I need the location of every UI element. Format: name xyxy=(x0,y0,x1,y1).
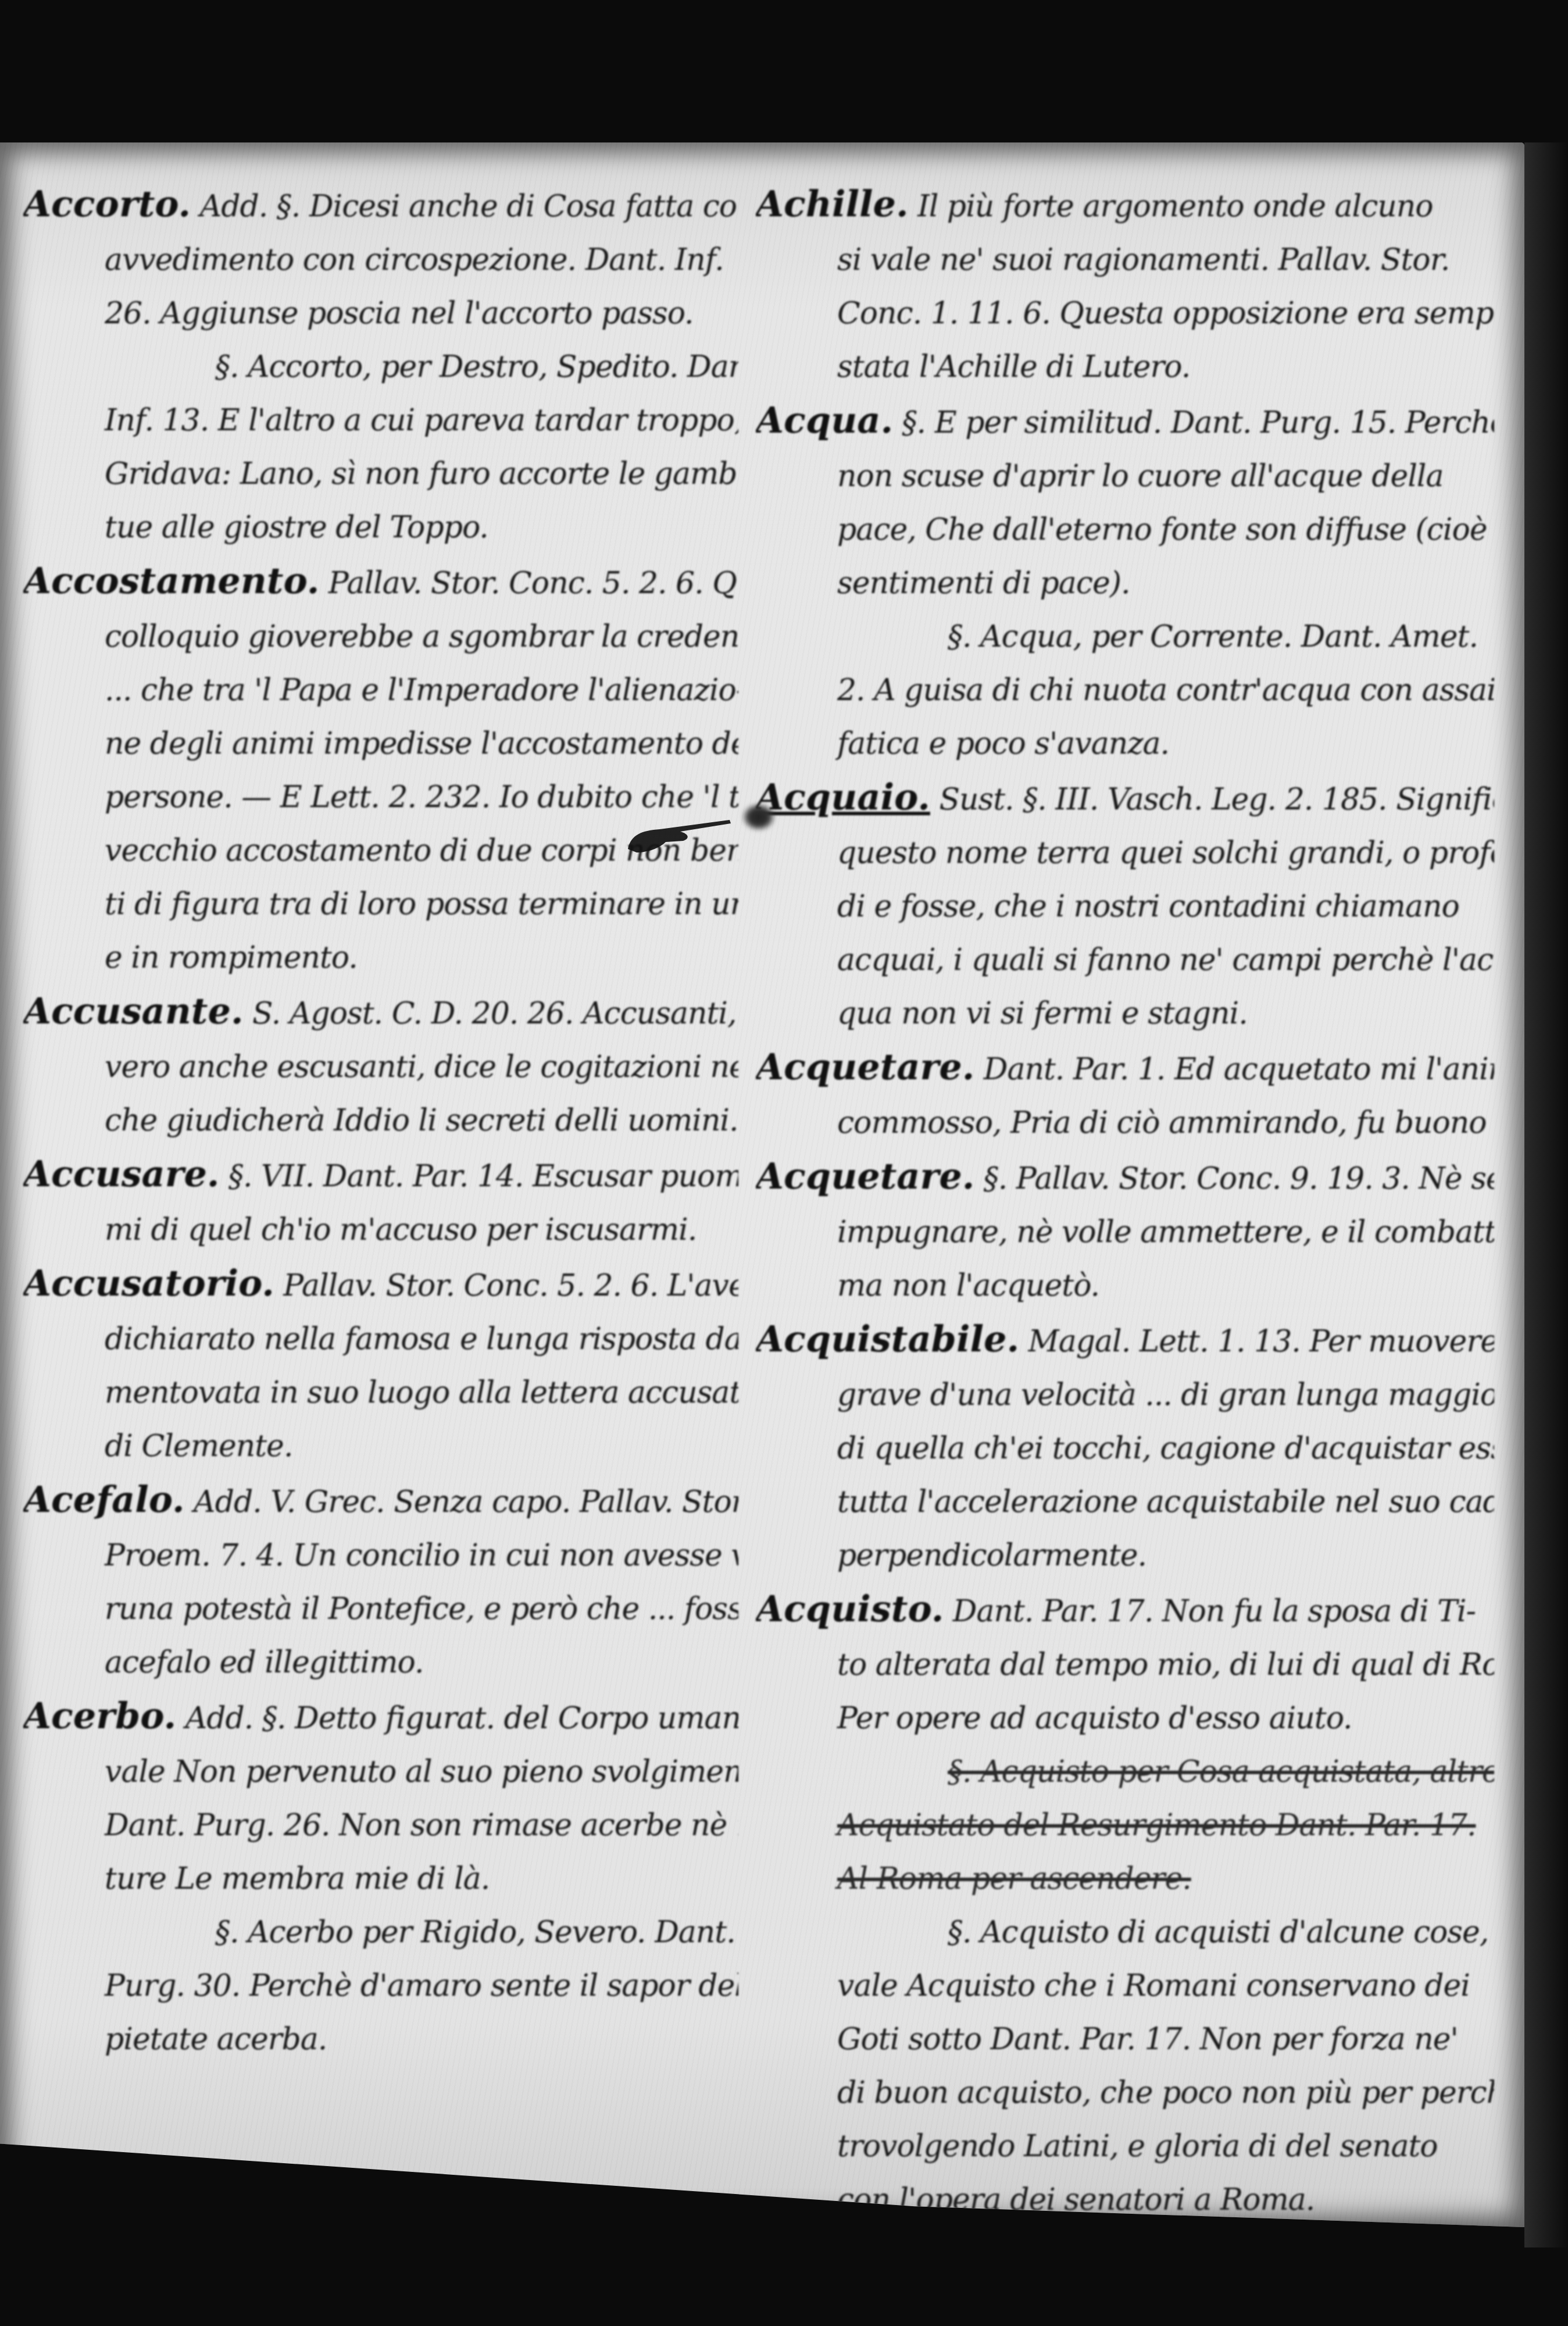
entry-text: che giudicherà Iddio li secreti delli uo… xyxy=(23,1094,738,1147)
entry-text: commosso, Pria di ciò ammirando, fu buon… xyxy=(756,1096,1494,1150)
headword: Acefalo. xyxy=(23,1478,185,1521)
entry-text: perpendicolarmente. xyxy=(756,1529,1494,1582)
headword: Acquetare. xyxy=(756,1155,974,1197)
entry-accostamento: Accostamento. Pallav. Stor. Conc. 5. 2. … xyxy=(23,554,738,984)
entry-accorto-sub: §. Accorto, per Destro, Spedito. Dant. I… xyxy=(23,340,738,554)
headword: Acquisto. xyxy=(756,1587,944,1630)
headword: Accostamento. xyxy=(23,559,319,602)
entry-text: 26. Aggiunse poscia nel l'accorto passo. xyxy=(23,287,738,340)
entry-text: 2. A guisa di chi nuota contr'acqua con … xyxy=(756,663,1494,717)
entry-text: si vale ne' suoi ragionamenti. Pallav. S… xyxy=(756,233,1494,287)
headword: Accusare. xyxy=(23,1153,219,1195)
struck-entry-text: Al Roma per ascendere. xyxy=(756,1852,1494,1906)
entry-text: Purg. 30. Perchè d'amaro sente il sapor … xyxy=(23,1959,738,2013)
entry-text: S. Agost. C. D. 20. 26. Accusanti, ov- xyxy=(252,996,738,1031)
sub-entry-text: §. Acquisto di acquisti d'alcune cose, xyxy=(756,1906,1494,1959)
entry-text: di Clemente. xyxy=(23,1419,738,1473)
entry-text: di buon acquisto, che poco non più per p… xyxy=(756,2066,1494,2120)
entry-text: Goti sotto Dant. Par. 17. Non per forza … xyxy=(756,2013,1494,2066)
entry-text: vero anche escusanti, dice le cogitazion… xyxy=(23,1040,738,1094)
entry-achille: Achille. Il più forte argomento onde alc… xyxy=(756,177,1494,394)
entry-text: impugnare, nè volle ammettere, e il comb… xyxy=(756,1205,1494,1259)
entry-accorto: Accorto. Add. §. Dicesi anche di Cosa fa… xyxy=(23,177,738,340)
entry-text: vale Acquisto che i Romani conservano de… xyxy=(756,1959,1494,2013)
entry-text: Per opere ad acquisto d'esso aiuto. xyxy=(756,1692,1494,1745)
entry-acerbo: Acerbo. Add. §. Detto figurat. del Corpo… xyxy=(23,1689,738,1906)
struck-sub-entry-text: §. Acquisto per Cosa acquistata, altro s… xyxy=(756,1745,1494,1799)
headword: Accorto. xyxy=(23,183,191,225)
entry-text: ma non l'acquetò. xyxy=(756,1259,1494,1312)
entry-text: non scuse d'aprir lo cuore all'acque del… xyxy=(756,449,1494,503)
ink-scribble-flourish-icon xyxy=(360,2195,512,2227)
entry-text: mi di quel ch'io m'accuso per iscusarmi. xyxy=(23,1203,738,1257)
entry-acefalo: Acefalo. Add. V. Grec. Senza capo. Palla… xyxy=(23,1473,738,1689)
headword: Accusatorio. xyxy=(23,1262,274,1304)
entry-acquisto-sub: §. Acquisto di acquisti d'alcune cose, v… xyxy=(756,1906,1494,2227)
entry-text: stata l'Achille di Lutero. xyxy=(756,340,1494,394)
entry-text: fatica e poco s'avanza. xyxy=(756,717,1494,770)
entry-text: mentovata in suo luogo alla lettera accu… xyxy=(23,1366,738,1419)
entry-acquetare-2: Acquetare. §. Pallav. Stor. Conc. 9. 19.… xyxy=(756,1150,1494,1312)
entry-text: avvedimento con circospezione. Dant. Inf… xyxy=(23,233,738,287)
entry-text: Dant. Purg. 26. Non son rimase acerbe nè… xyxy=(23,1799,738,1852)
entry-text: Il più forte argomento onde alcuno xyxy=(917,189,1433,224)
entry-text: di quella ch'ei tocchi, cagione d'acquis… xyxy=(756,1422,1494,1475)
headword: Acquetare. xyxy=(756,1046,974,1088)
entry-text: Inf. 13. E l'altro a cui pareva tardar t… xyxy=(23,394,738,447)
entry-text: runa potestà il Pontefice, e però che ..… xyxy=(23,1582,738,1636)
entry-text: grave d'una velocità ... di gran lunga m… xyxy=(756,1368,1494,1422)
entry-text: Dant. Par. 17. Non fu la sposa di Ti- xyxy=(953,1594,1476,1629)
entry-acquisto-struck: §. Acquisto per Cosa acquistata, altro s… xyxy=(756,1745,1494,1906)
headword: Acqua. xyxy=(756,399,893,441)
entry-text: acquai, i quali si fanno ne' campi perch… xyxy=(756,933,1494,987)
margin-ink-mark xyxy=(741,802,776,832)
entry-accusante: Accusante. S. Agost. C. D. 20. 26. Accus… xyxy=(23,984,738,1147)
entry-acquisto: Acquisto. Dant. Par. 17. Non fu la sposa… xyxy=(756,1582,1494,1745)
entry-text: trovolgendo Latini, e gloria di del sena… xyxy=(756,2120,1494,2173)
sub-entry-text: §. Accorto, per Destro, Spedito. Dant. xyxy=(23,340,738,394)
entry-acquistabile: Acquistabile. Magal. Lett. 1. 13. Per mu… xyxy=(756,1312,1494,1582)
entry-text: Magal. Lett. 1. 13. Per muovere una xyxy=(1028,1324,1494,1359)
headword: Acquistabile. xyxy=(756,1318,1019,1360)
right-column: Achille. Il più forte argomento onde alc… xyxy=(756,177,1494,2227)
entry-accusare: Accusare. §. VII. Dant. Par. 14. Escusar… xyxy=(23,1147,738,1257)
struck-entry-text: Acquistato del Resurgimento Dant. Par. 1… xyxy=(756,1799,1494,1852)
manuscript-page: Accorto. Add. §. Dicesi anche di Cosa fa… xyxy=(0,142,1524,2227)
entry-text: acefalo ed illegittimo. xyxy=(23,1636,738,1689)
sub-entry-text: §. Acqua, per Corrente. Dant. Amet. xyxy=(756,610,1494,663)
entry-text: Pallav. Stor. Conc. 5. 2. 6. Quel xyxy=(328,566,738,601)
entry-text: ne degli animi impedisse l'accostamento … xyxy=(23,717,738,770)
entry-text: con l'opera dei senatori a Roma. xyxy=(756,2173,1494,2227)
entry-text: Gridava: Lano, sì non furo accorte le ga… xyxy=(23,447,738,501)
entry-text: vale Non pervenuto al suo pieno svolgime… xyxy=(23,1745,738,1799)
page-edge-shadow xyxy=(1524,142,1568,2247)
headword: Acquaio. xyxy=(756,776,930,818)
entry-text: pietate acerba. xyxy=(23,2013,738,2066)
entry-text: ture Le membra mie di là. xyxy=(23,1852,738,1906)
entry-text: Sust. §. III. Vasch. Leg. 2. 185. Signif… xyxy=(939,782,1494,817)
entry-acqua: Acqua. §. E per similitud. Dant. Purg. 1… xyxy=(756,394,1494,610)
entry-text: questo nome terra quei solchi grandi, o … xyxy=(756,826,1494,880)
entry-text: §. Pallav. Stor. Conc. 9. 19. 3. Nè sepp… xyxy=(984,1161,1494,1196)
entry-text: tue alle giostre del Toppo. xyxy=(23,501,738,554)
manicule-pointing-hand-icon xyxy=(625,814,735,855)
entry-text: sentimenti di pace). xyxy=(756,556,1494,610)
entry-text: e in rompimento. xyxy=(23,931,738,984)
entry-acerbo-sub: §. Acerbo per Rigido, Severo. Dant. Purg… xyxy=(23,1906,738,2066)
entry-text: Add. V. Grec. Senza capo. Pallav. Stor. … xyxy=(194,1485,738,1519)
entry-acqua-sub: §. Acqua, per Corrente. Dant. Amet. 2. A… xyxy=(756,610,1494,770)
entry-text: Conc. 1. 11. 6. Questa opposizione era s… xyxy=(756,287,1494,340)
headword: Accusante. xyxy=(23,990,244,1032)
entry-text: ... che tra 'l Papa e l'Imperadore l'ali… xyxy=(23,663,738,717)
entry-acquetare-1: Acquetare. Dant. Par. 1. Ed acquetato mi… xyxy=(756,1040,1494,1150)
entry-text: Pallav. Stor. Conc. 5. 2. 6. L'avea xyxy=(283,1268,738,1303)
entry-text: to alterata dal tempo mio, di lui di qua… xyxy=(756,1638,1494,1692)
entry-accusatorio: Accusatorio. Pallav. Stor. Conc. 5. 2. 6… xyxy=(23,1257,738,1473)
scan-frame: Accorto. Add. §. Dicesi anche di Cosa fa… xyxy=(0,0,1568,2326)
headword: Achille. xyxy=(756,183,909,225)
entry-text: Add. §. Detto figurat. del Corpo umano, xyxy=(185,1701,738,1736)
entry-text: pace, Che dall'eterno fonte son diffuse … xyxy=(756,503,1494,556)
entry-text: colloquio gioverebbe a sgombrar la crede… xyxy=(23,610,738,663)
entry-text: dichiarato nella famosa e lunga risposta… xyxy=(23,1312,738,1366)
headword: Acerbo. xyxy=(23,1694,176,1737)
left-column: Accorto. Add. §. Dicesi anche di Cosa fa… xyxy=(23,177,738,2066)
entry-acquaio: Acquaio. Sust. §. III. Vasch. Leg. 2. 18… xyxy=(756,770,1494,1040)
entry-text: §. E per similitud. Dant. Purg. 15. Perc… xyxy=(902,405,1494,440)
entry-text: tutta l'accelerazione acquistabile nel s… xyxy=(756,1475,1494,1529)
entry-text: §. VII. Dant. Par. 14. Escusar puomme xyxy=(228,1159,738,1194)
entry-text: ti di figura tra di loro possa terminare… xyxy=(23,877,738,931)
entry-text: Dant. Par. 1. Ed acquetato mi l'animo xyxy=(984,1052,1494,1087)
entry-text: di e fosse, che i nostri contadini chiam… xyxy=(756,880,1494,933)
sub-entry-text: §. Acerbo per Rigido, Severo. Dant. xyxy=(23,1906,738,1959)
entry-text: Proem. 7. 4. Un concilio in cui non aves… xyxy=(23,1529,738,1582)
entry-text: Add. §. Dicesi anche di Cosa fatta con xyxy=(200,189,738,224)
entry-text: qua non vi si fermi e stagni. xyxy=(756,987,1494,1040)
